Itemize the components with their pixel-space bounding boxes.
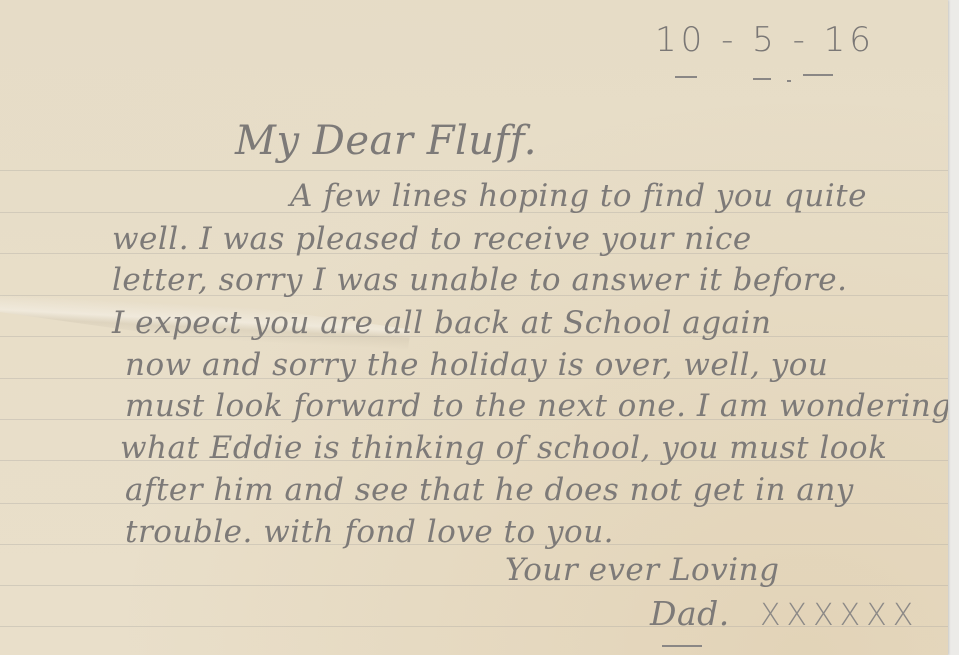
- body-line-5: now and sorry the holiday is over, well,…: [125, 347, 828, 383]
- date-underline-marks: [675, 72, 835, 80]
- body-line-2: well. I was pleased to receive your nice: [112, 221, 752, 257]
- body-line-9: trouble. with fond love to you.: [125, 514, 614, 550]
- closing: Your ever Loving: [505, 552, 779, 588]
- letter-paper: 10 - 5 - 16 My Dear Fluff. A few lines h…: [0, 0, 948, 655]
- body-line-7: what Eddie is thinking of school, you mu…: [120, 430, 887, 466]
- kisses: XXXXXX: [760, 598, 919, 633]
- body-line-8: after him and see that he does not get i…: [125, 472, 854, 508]
- ruled-line: [0, 170, 948, 171]
- ruled-line: [0, 585, 948, 586]
- letter-date: 10 - 5 - 16: [655, 20, 875, 60]
- salutation: My Dear Fluff.: [235, 118, 537, 164]
- body-line-1: A few lines hoping to find you quite: [290, 178, 867, 214]
- body-line-4: I expect you are all back at School agai…: [112, 305, 771, 341]
- signature-dash: [662, 645, 702, 647]
- signature: Dad.: [650, 594, 730, 633]
- body-line-3: letter, sorry I was unable to answer it …: [112, 262, 847, 298]
- body-line-6: must look forward to the next one. I am …: [125, 388, 948, 424]
